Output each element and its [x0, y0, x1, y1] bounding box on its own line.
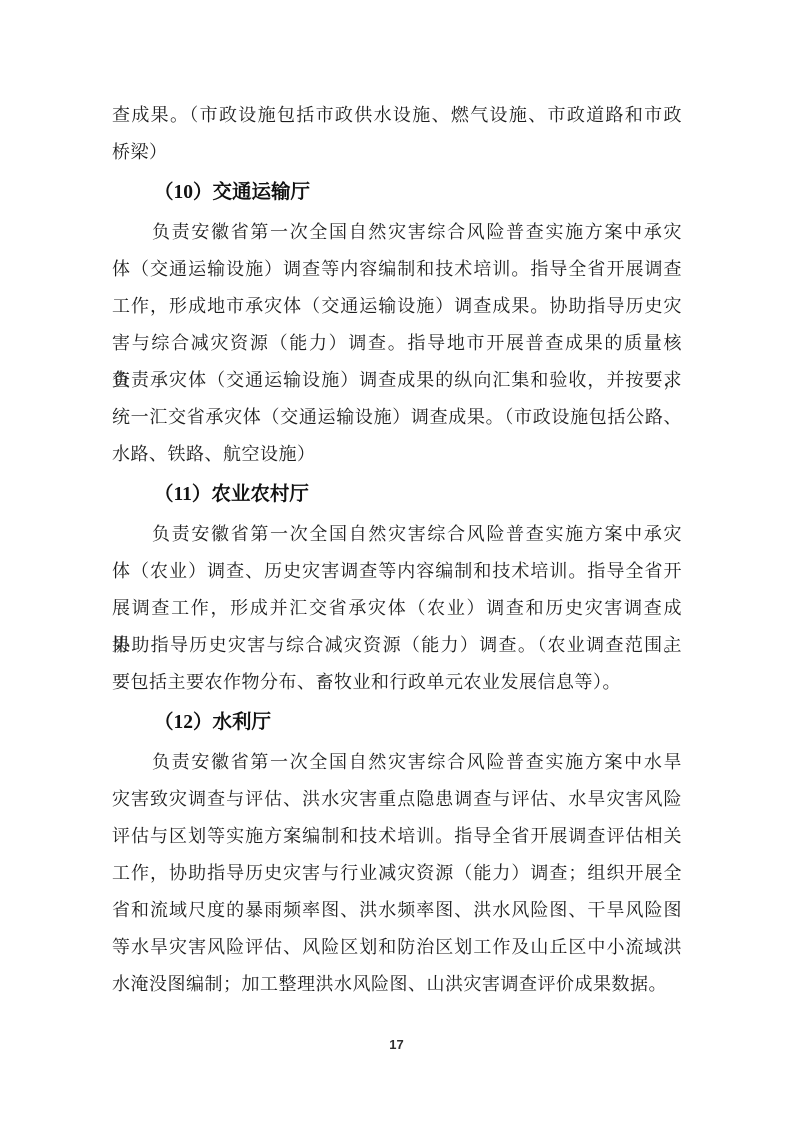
- section-heading: （11）农业农村厅: [112, 476, 682, 513]
- text-line: 负责安徽省第一次全国自然灾害综合风险普查实施方案中水旱: [112, 744, 682, 781]
- text-line: 体（农业）调查、历史灾害调查等内容编制和技术培训。指导全省开: [112, 553, 682, 590]
- document-page: 查成果。（市政设施包括市政供水设施、燃气设施、市政道路和市政桥梁）（10）交通运…: [0, 0, 793, 1122]
- text-line: 工作，形成地市承灾体（交通运输设施）调查成果。协助指导历史灾: [112, 288, 682, 325]
- text-line: 工作，协助指导历史灾害与行业减灾资源（能力）调查；组织开展全: [112, 855, 682, 892]
- text-line: 负责承灾体（交通运输设施）调查成果的纵向汇集和验收，并按要求: [112, 362, 682, 399]
- text-line: 负责安徽省第一次全国自然灾害综合风险普查实施方案中承灾: [112, 214, 682, 251]
- text-line: 展调查工作，形成并汇交省承灾体（农业）调查和历史灾害调查成果。: [112, 590, 682, 627]
- text-line: 省和流域尺度的暴雨频率图、洪水频率图、洪水风险图、干旱风险图: [112, 892, 682, 929]
- section-heading: （12）水利厅: [112, 704, 682, 741]
- text-line: 水淹没图编制；加工整理洪水风险图、山洪灾害调查评价成果数据。: [112, 966, 682, 1003]
- text-line: 水路、铁路、航空设施）: [112, 436, 682, 473]
- page-number: 17: [0, 1037, 793, 1052]
- text-line: 统一汇交省承灾体（交通运输设施）调查成果。（市政设施包括公路、: [112, 399, 682, 436]
- text-line: 害与综合减灾资源（能力）调查。指导地市开展普查成果的质量核查，: [112, 325, 682, 362]
- text-line: 协助指导历史灾害与综合减灾资源（能力）调查。（农业调查范围主: [112, 627, 682, 664]
- text-line: 等水旱灾害风险评估、风险区划和防治区划工作及山丘区中小流域洪: [112, 929, 682, 966]
- text-line: 灾害致灾调查与评估、洪水灾害重点隐患调查与评估、水旱灾害风险: [112, 781, 682, 818]
- text-line: 负责安徽省第一次全国自然灾害综合风险普查实施方案中承灾: [112, 516, 682, 553]
- text-line: 体（交通运输设施）调查等内容编制和技术培训。指导全省开展调查: [112, 251, 682, 288]
- text-line: 查成果。（市政设施包括市政供水设施、燃气设施、市政道路和市政: [112, 97, 682, 134]
- text-line: 评估与区划等实施方案编制和技术培训。指导全省开展调查评估相关: [112, 818, 682, 855]
- section-heading: （10）交通运输厅: [112, 174, 682, 211]
- text-line: 要包括主要农作物分布、畜牧业和行政单元农业发展信息等）。: [112, 664, 682, 701]
- document-body: 查成果。（市政设施包括市政供水设施、燃气设施、市政道路和市政桥梁）（10）交通运…: [112, 97, 682, 1003]
- text-line: 桥梁）: [112, 134, 682, 171]
